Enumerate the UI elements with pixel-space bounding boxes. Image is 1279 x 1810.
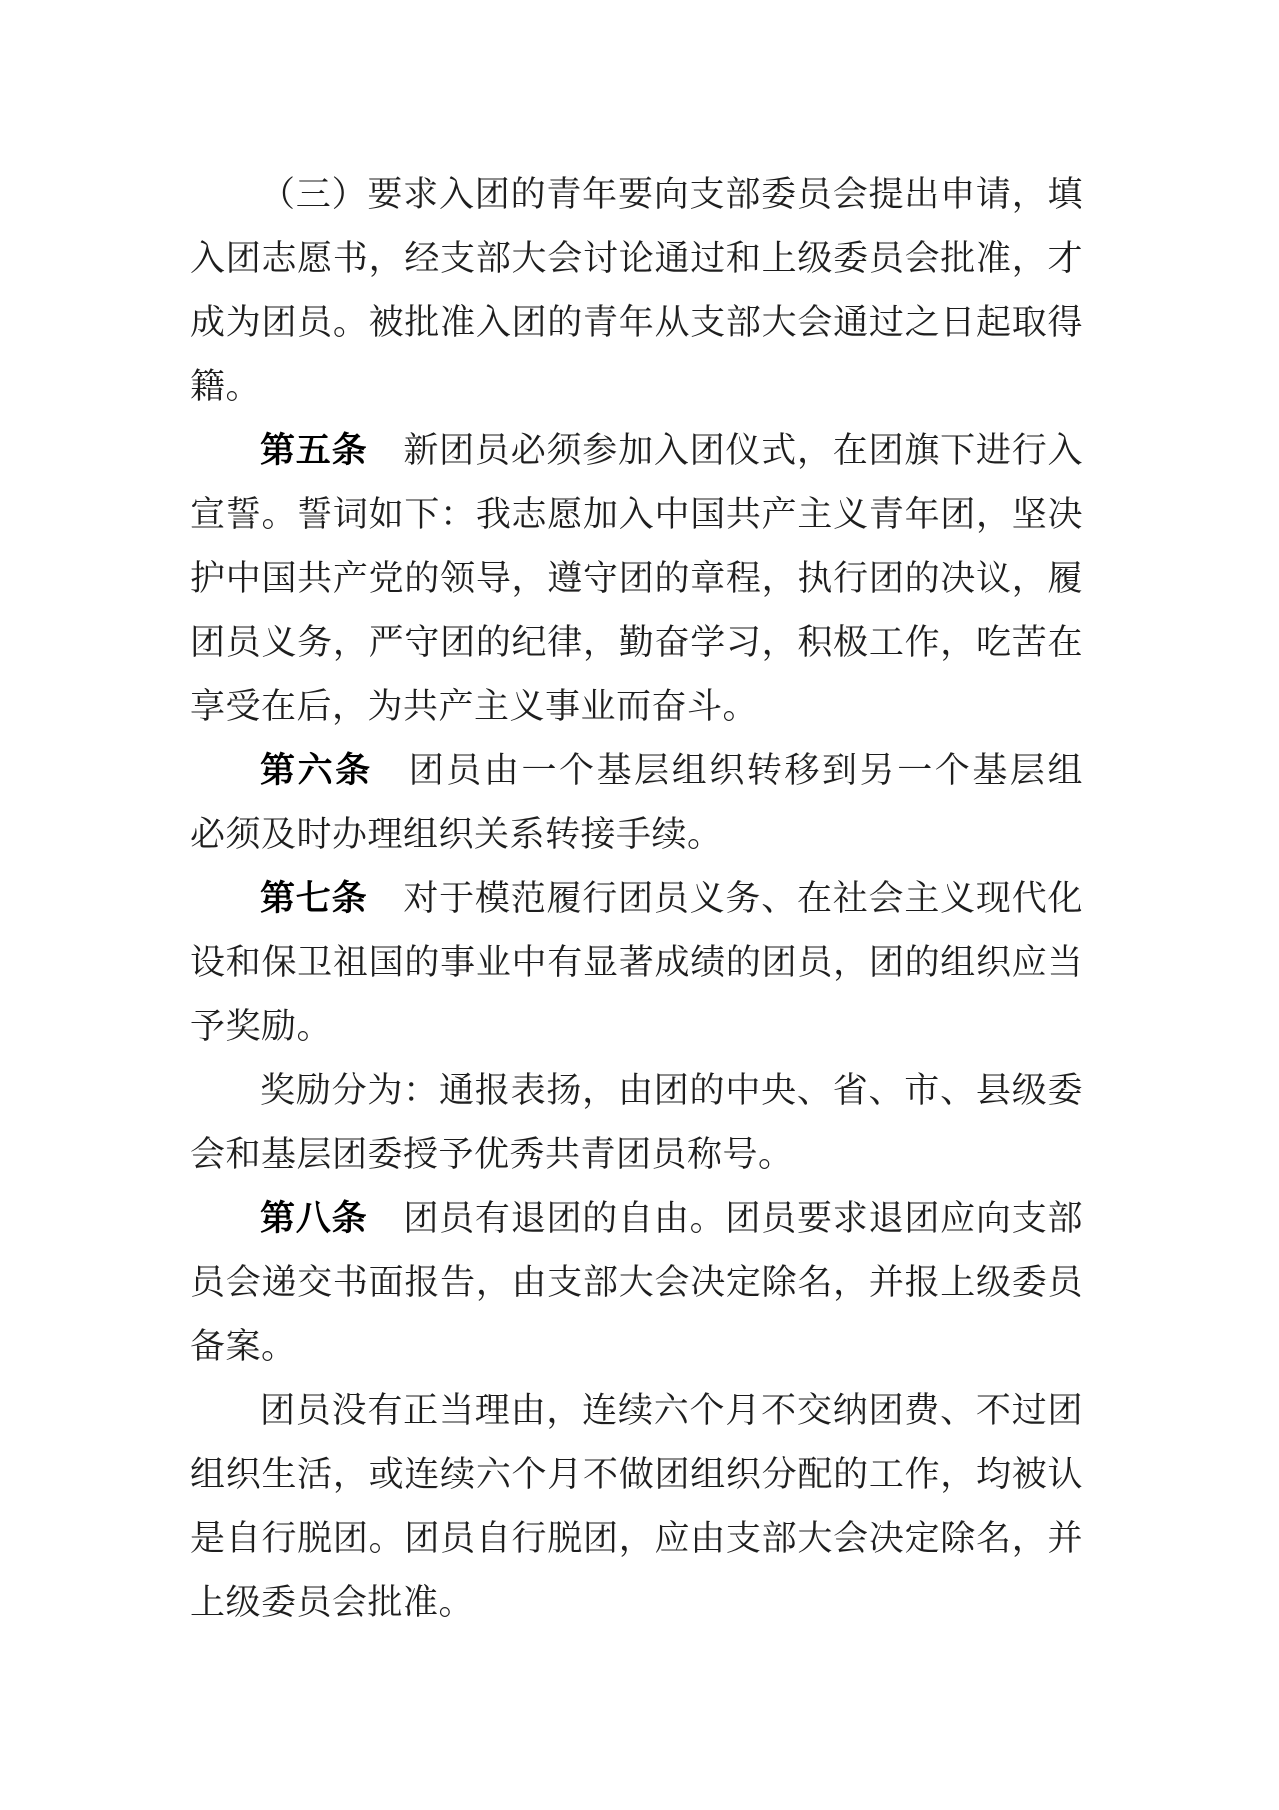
text-line: 籍。 xyxy=(190,355,1083,419)
text-line: 团员没有正当理由，连续六个月不交纳团费、不过团的 xyxy=(190,1379,1083,1443)
text-line: 员会递交书面报告，由支部大会决定除名，并报上级委员会 xyxy=(190,1251,1083,1315)
text-line: 成为团员。被批准入团的青年从支部大会通过之日起取得团 xyxy=(190,291,1083,355)
text-line: （三）要求入团的青年要向支部委员会提出申请，填写 xyxy=(190,163,1083,227)
auto-withdrawal-paragraph: 团员没有正当理由，连续六个月不交纳团费、不过团的 组织生活，或连续六个月不做团组… xyxy=(190,1379,1083,1635)
article-number-label: 第五条 xyxy=(260,431,367,470)
clause-three-paragraph: （三）要求入团的青年要向支部委员会提出申请，填写 入团志愿书，经支部大会讨论通过… xyxy=(190,163,1083,419)
text-line: 设和保卫祖国的事业中有显著成绩的团员，团的组织应当给 xyxy=(190,931,1083,995)
text-line: 予奖励。 xyxy=(190,995,1083,1059)
article-number-label: 第六条 xyxy=(260,751,373,790)
text-line: 团员义务，严守团的纪律，勤奋学习，积极工作，吃苦在前， xyxy=(190,611,1083,675)
article-six-paragraph: 第六条团员由一个基层组织转移到另一个基层组织， 必须及时办理组织关系转接手续。 xyxy=(190,739,1083,867)
text-line: 上级委员会批准。 xyxy=(190,1571,1083,1635)
text-line: 享受在后，为共产主义事业而奋斗。 xyxy=(190,675,1083,739)
text-line: 会和基层团委授予优秀共青团员称号。 xyxy=(190,1123,1083,1187)
text-line: 组织生活，或连续六个月不做团组织分配的工作，均被认为 xyxy=(190,1443,1083,1507)
text-line: 奖励分为：通报表扬，由团的中央、省、市、县级委员 xyxy=(190,1059,1083,1123)
text-line: 入团志愿书，经支部大会讨论通过和上级委员会批准，才能 xyxy=(190,227,1083,291)
text-line: 第七条对于模范履行团员义务、在社会主义现代化建 xyxy=(190,867,1083,931)
article-number-label: 第八条 xyxy=(260,1199,367,1238)
rewards-paragraph: 奖励分为：通报表扬，由团的中央、省、市、县级委员 会和基层团委授予优秀共青团员称… xyxy=(190,1059,1083,1187)
article-number-label: 第七条 xyxy=(260,879,367,918)
text-line: 必须及时办理组织关系转接手续。 xyxy=(190,803,1083,867)
text-line: 护中国共产党的领导，遵守团的章程，执行团的决议，履行 xyxy=(190,547,1083,611)
document-page: （三）要求入团的青年要向支部委员会提出申请，填写 入团志愿书，经支部大会讨论通过… xyxy=(0,0,1279,1810)
text-line: 第八条团员有退团的自由。团员要求退团应向支部委 xyxy=(190,1187,1083,1251)
text-line: 是自行脱团。团员自行脱团，应由支部大会决定除名，并报 xyxy=(190,1507,1083,1571)
text-line: 第五条新团员必须参加入团仪式，在团旗下进行入团 xyxy=(190,419,1083,483)
document-text-block: （三）要求入团的青年要向支部委员会提出申请，填写 入团志愿书，经支部大会讨论通过… xyxy=(190,163,1083,1635)
text-line: 第六条团员由一个基层组织转移到另一个基层组织， xyxy=(190,739,1083,803)
text-line: 宣誓。誓词如下：我志愿加入中国共产主义青年团，坚决拥 xyxy=(190,483,1083,547)
article-seven-paragraph: 第七条对于模范履行团员义务、在社会主义现代化建 设和保卫祖国的事业中有显著成绩的… xyxy=(190,867,1083,1059)
article-eight-paragraph: 第八条团员有退团的自由。团员要求退团应向支部委 员会递交书面报告，由支部大会决定… xyxy=(190,1187,1083,1379)
text-line: 备案。 xyxy=(190,1315,1083,1379)
article-five-paragraph: 第五条新团员必须参加入团仪式，在团旗下进行入团 宣誓。誓词如下：我志愿加入中国共… xyxy=(190,419,1083,739)
